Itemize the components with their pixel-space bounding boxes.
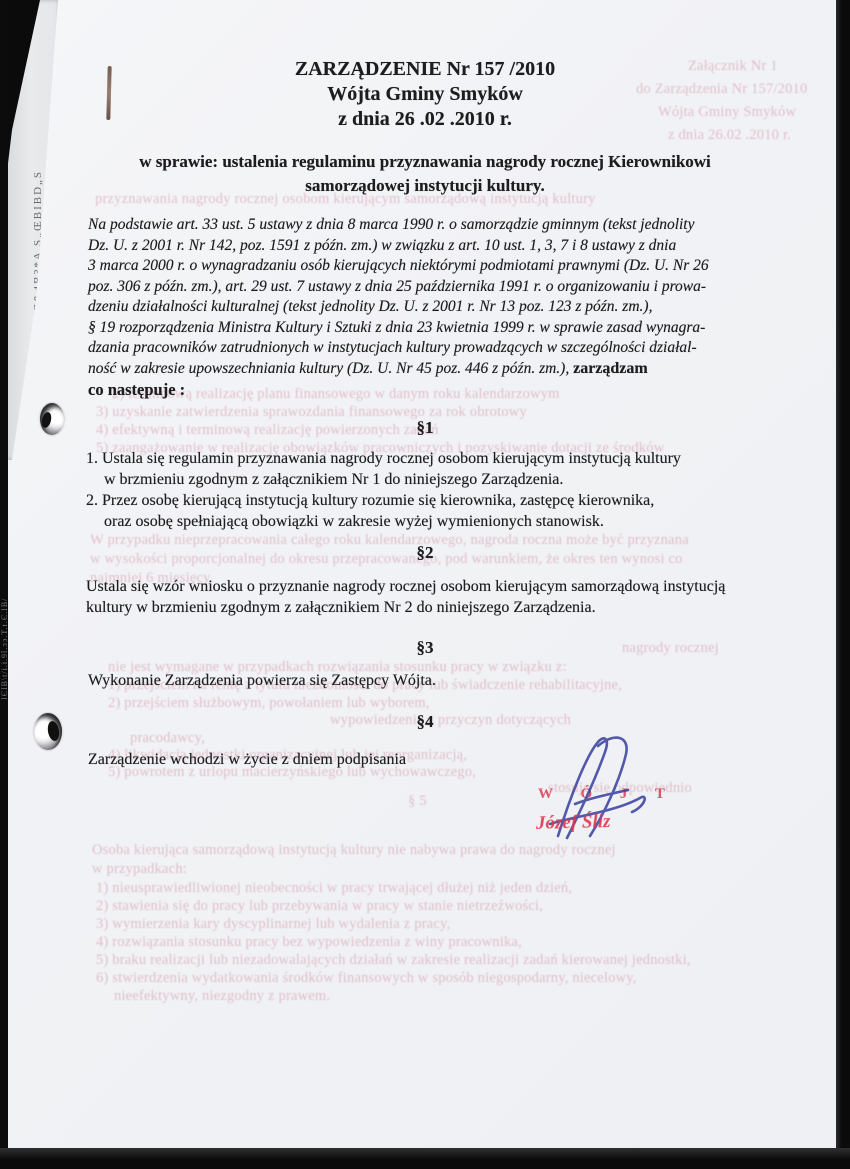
section-2-heading: §2	[60, 543, 790, 563]
scanner-right-edge	[836, 0, 850, 1169]
s1-item1-line2: w brzmieniu zgodnym z załącznikiem Nr 1 …	[104, 471, 563, 489]
s1-item2-line1: 2. Przez osobę kierującą instytucją kult…	[86, 492, 654, 510]
s4-text: Zarządzenie wchodzi w życie z dniem podp…	[88, 751, 406, 769]
binder-hole-bottom	[34, 713, 62, 750]
scanned-document: Załącznik Nr 1do Zarządzenia Nr 157/2010…	[0, 0, 850, 1169]
binder-hole-top	[40, 403, 64, 435]
legal-basis-line: dzeniu działalności kulturalnej (tekst j…	[88, 298, 652, 316]
doc-subject-line1: w sprawie: ustalenia regulaminu przyznaw…	[60, 152, 790, 172]
scanner-bottom-edge	[0, 1148, 850, 1169]
section-4-heading: §4	[60, 712, 790, 732]
legal-basis-line: Dz. U. z 2001 r. Nr 142, poz. 1591 z póź…	[88, 237, 676, 255]
legal-basis-line: § 19 rozporządzenia Ministra Kultury i S…	[88, 319, 705, 337]
doc-title-line1: ZARZĄDZENIE Nr 157 /2010	[60, 58, 790, 81]
legal-basis-line: 3 marca 2000 r. o wynagradzaniu osób kie…	[88, 257, 709, 275]
s2-line2: kultury w brzmieniu zgodnym z załączniki…	[86, 599, 596, 617]
doc-title-line2: Wójta Gminy Smyków	[60, 83, 790, 106]
doc-title-line3: z dnia 26 .02 .2010 r.	[60, 108, 790, 131]
s2-line1: Ustala się wzór wniosku o przyznanie nag…	[86, 578, 725, 596]
s1-item1-line1: 1. Ustala się regulamin przyznawania nag…	[86, 450, 681, 468]
section-3-heading: §3	[60, 638, 790, 658]
legal-basis-line-last: ność w zakresie upowszechniania kultury …	[88, 360, 648, 378]
document-content: ZARZĄDZENIE Nr 157 /2010 Wójta Gminy Smy…	[0, 0, 850, 1169]
mayor-stamp-name: Józef Śliz	[536, 811, 611, 835]
legal-basis-line: Na podstawie art. 33 ust. 5 ustawy z dni…	[88, 216, 695, 234]
legal-basis-italic-part: ność w zakresie upowszechniania kultury …	[88, 360, 573, 377]
section-1-heading: §1	[60, 418, 790, 438]
s1-item2-line2: oraz osobę spełniającą obowiązki w zakre…	[104, 513, 604, 531]
edge-handwriting-faint: IЄIB\t/i.i.9l.ɔɔ.T.t.Є.IB/	[0, 280, 9, 700]
legal-basis-closing: co następuje :	[88, 380, 185, 400]
legal-basis-bold-part: zarządzam	[573, 360, 648, 377]
legal-basis-line: poz. 306 z późn. zm.), art. 29 ust. 7 us…	[88, 278, 706, 296]
s3-text: Wykonanie Zarządzenia powierza się Zastę…	[88, 672, 436, 690]
doc-subject-line2: samorządowej instytucji kultury.	[60, 176, 790, 196]
legal-basis-line: dzania pracowników zatrudnionych w insty…	[88, 339, 697, 357]
